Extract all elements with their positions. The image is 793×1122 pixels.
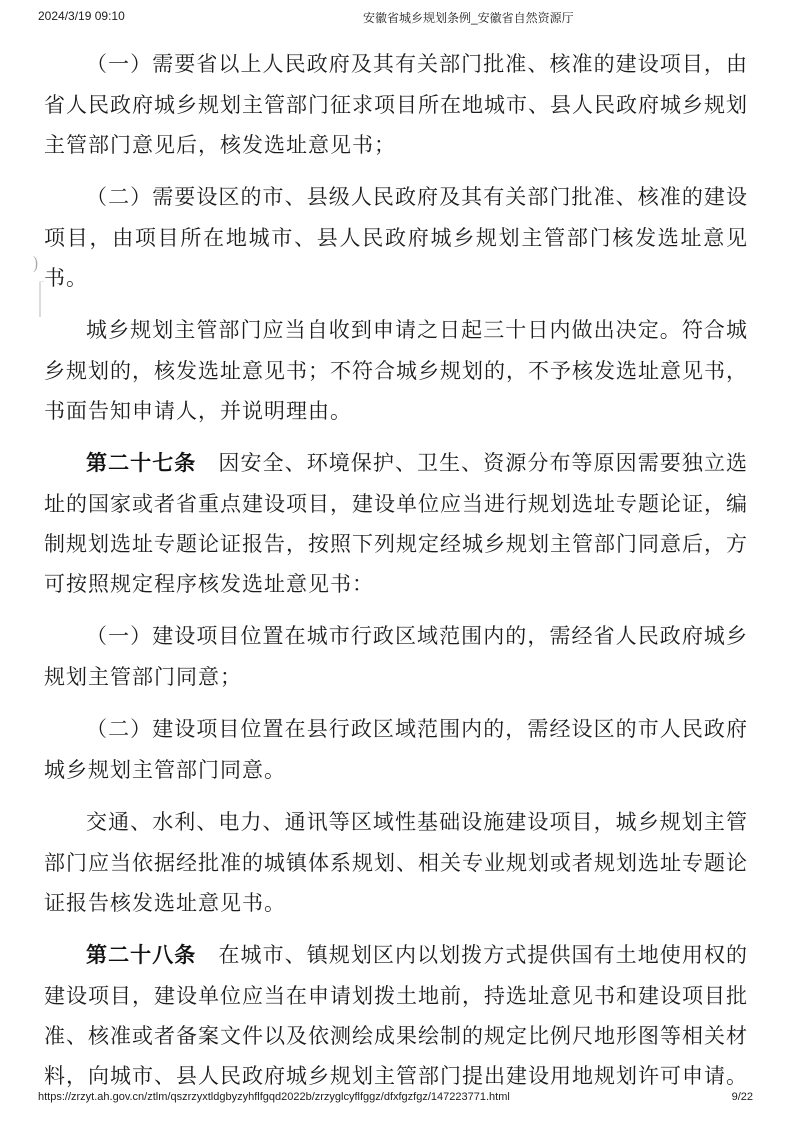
- document-body: （一）需要省以上人民政府及其有关部门批准、核准的建设项目，由省人民政府城乡规划主…: [44, 44, 748, 1108]
- print-footer-page-indicator: 9/22: [732, 1091, 753, 1103]
- article-number: 第二十八条: [86, 944, 196, 967]
- paragraph-text: （二）建设项目位置在县行政区域范围内的，需经设区的市人民政府城乡规划主管部门同意…: [44, 717, 748, 782]
- paragraph-text: （一）建设项目位置在城市行政区域范围内的，需经省人民政府城乡规划主管部门同意；: [44, 624, 748, 689]
- legal-paragraph: （二）建设项目位置在县行政区域范围内的，需经设区的市人民政府城乡规划主管部门同意…: [44, 709, 748, 790]
- paragraph-text: （一）需要省以上人民政府及其有关部门批准、核准的建设项目，由省人民政府城乡规划主…: [44, 52, 748, 157]
- printed-document-page: 2024/3/19 09:10 安徽省城乡规划条例_安徽省自然资源厅 （一）需要…: [0, 0, 793, 1122]
- scan-artifact-line: [39, 281, 44, 317]
- legal-paragraph: （一）建设项目位置在城市行政区域范围内的，需经省人民政府城乡规划主管部门同意；: [44, 616, 748, 697]
- legal-paragraph: （二）需要设区的市、县级人民政府及其有关部门批准、核准的建设项目，由项目所在地城…: [44, 177, 748, 298]
- legal-paragraph: 城乡规划主管部门应当自收到申请之日起三十日内做出决定。符合城乡规划的，核发选址意…: [44, 310, 748, 431]
- paragraph-text: （二）需要设区的市、县级人民政府及其有关部门批准、核准的建设项目，由项目所在地城…: [44, 185, 748, 290]
- legal-paragraph: 第二十八条 在城市、镇规划区内以划拨方式提供国有土地使用权的建设项目，建设单位应…: [44, 935, 748, 1096]
- print-footer-url: https://zrzyt.ah.gov.cn/ztlm/qszrzyxtldg…: [38, 1091, 510, 1103]
- legal-paragraph: 第二十七条 因安全、环境保护、卫生、资源分布等原因需要独立选址的国家或者省重点建…: [44, 443, 748, 604]
- article-number: 第二十七条: [86, 452, 196, 475]
- paragraph-text: 城乡规划主管部门应当自收到申请之日起三十日内做出决定。符合城乡规划的，核发选址意…: [44, 318, 748, 423]
- print-header-title: 安徽省城乡规划条例_安徽省自然资源厅: [363, 9, 574, 26]
- paragraph-text: 交通、水利、电力、通讯等区域性基础设施建设项目，城乡规划主管部门应当依据经批准的…: [44, 810, 748, 915]
- legal-paragraph: 交通、水利、电力、通讯等区域性基础设施建设项目，城乡规划主管部门应当依据经批准的…: [44, 802, 748, 923]
- legal-paragraph: （一）需要省以上人民政府及其有关部门批准、核准的建设项目，由省人民政府城乡规划主…: [44, 44, 748, 165]
- scan-artifact-mark: ): [33, 254, 38, 274]
- print-header-datetime: 2024/3/19 09:10: [38, 9, 125, 23]
